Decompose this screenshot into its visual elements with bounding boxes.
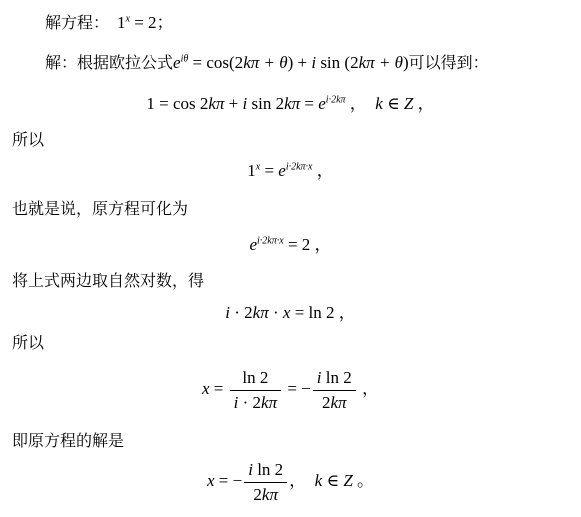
math-token: = 2 ， bbox=[284, 235, 332, 254]
math-token: + bbox=[224, 94, 242, 113]
math-token: ln 2 bbox=[253, 460, 283, 479]
math-token: ∈ bbox=[383, 94, 404, 113]
math-token: e bbox=[318, 94, 326, 113]
math-token: ， bbox=[313, 161, 334, 180]
math-token: = − bbox=[215, 471, 243, 490]
math-token: = bbox=[300, 94, 318, 113]
text-take-log: 将上式两边取自然对数，得 bbox=[12, 272, 204, 293]
fraction-numerator: ln 2 bbox=[230, 368, 281, 391]
math-token: 。 bbox=[353, 471, 374, 490]
math-token: (2 bbox=[229, 53, 243, 72]
math-superscript: i·2kπ bbox=[326, 94, 346, 105]
math-token: kπ + θ bbox=[243, 53, 287, 72]
solution-label: 解：根据欧拉公式 bbox=[45, 55, 173, 72]
math-token: sin 2 bbox=[247, 94, 284, 113]
fraction-denominator: 2kπ bbox=[244, 483, 287, 505]
math-token: ln 2 bbox=[242, 368, 268, 387]
math-superscript: i·2kπ·x bbox=[257, 235, 284, 246]
math-token: k bbox=[375, 94, 383, 113]
math-token: = cos bbox=[188, 53, 229, 72]
math-token: x bbox=[207, 471, 215, 490]
math-token: ∈ bbox=[322, 471, 343, 490]
paragraph-text: 所以 bbox=[12, 335, 44, 352]
text-suoyi-2: 所以 bbox=[12, 334, 44, 355]
problem-line: 解方程： 1x = 2； bbox=[45, 12, 174, 35]
text-suoyi-1: 所以 bbox=[12, 131, 44, 152]
math-token: · 2 bbox=[230, 303, 253, 322]
math-token: kπ + θ bbox=[359, 53, 403, 72]
math-document: 解方程： 1x = 2； 解：根据欧拉公式eiθ = cos(2kπ + θ) … bbox=[0, 0, 581, 517]
math-token: ， bbox=[346, 94, 376, 113]
math-token: ， bbox=[358, 379, 379, 398]
math-token: ， bbox=[289, 471, 315, 490]
equation-log-form: i · 2kπ · x = ln 2 ， bbox=[0, 302, 581, 324]
math-token: ， bbox=[413, 94, 434, 113]
math-token: 2 bbox=[253, 485, 262, 504]
math-token: kπ bbox=[284, 94, 300, 113]
math-token: = ln 2 ， bbox=[290, 303, 355, 322]
math-token: ln 2 bbox=[322, 368, 352, 387]
equation-exp-equals-2: ei·2kπ·x = 2 ， bbox=[0, 234, 581, 256]
math-token: ) + bbox=[288, 53, 312, 72]
spacer bbox=[109, 15, 117, 32]
math-token: 1 bbox=[247, 161, 256, 180]
math-token: = − bbox=[283, 379, 311, 398]
math-token: = bbox=[260, 161, 278, 180]
math-token: Z bbox=[343, 471, 352, 490]
problem-label: 解方程： bbox=[45, 15, 109, 32]
fraction-denominator: 2kπ bbox=[313, 391, 356, 413]
intro-suffix: 可以得到： bbox=[409, 55, 489, 72]
math-token: kπ bbox=[261, 393, 277, 412]
math-token: e bbox=[249, 235, 257, 254]
math-token: = bbox=[210, 379, 228, 398]
math-token: e bbox=[278, 161, 286, 180]
fraction: i ln 22kπ bbox=[244, 460, 287, 504]
paragraph-text: 即原方程的解是 bbox=[12, 433, 124, 450]
text-final-answer-intro: 即原方程的解是 bbox=[12, 432, 124, 453]
math-token: x bbox=[202, 379, 210, 398]
fraction-denominator: i · 2kπ bbox=[230, 391, 281, 413]
math-token: kπ bbox=[253, 303, 269, 322]
equation-final-answer: x = −i ln 22kπ， k ∈ Z 。 bbox=[0, 460, 581, 504]
math-token: = 2； bbox=[130, 13, 174, 32]
paragraph-text: 将上式两边取自然对数，得 bbox=[12, 273, 204, 290]
math-token: kπ bbox=[330, 393, 346, 412]
math-token: kπ bbox=[208, 94, 224, 113]
equation-one-power-x: 1x = ei·2kπ·x ， bbox=[0, 160, 581, 182]
math-token: Z bbox=[404, 94, 413, 113]
math-superscript: i·2kπ·x bbox=[286, 161, 313, 172]
math-token: · 2 bbox=[238, 393, 261, 412]
math-token: 1 = cos 2 bbox=[146, 94, 208, 113]
text-rewrite-intro: 也就是说，原方程可化为 bbox=[12, 200, 188, 221]
math-token: sin (2 bbox=[316, 53, 359, 72]
solution-intro-line: 解：根据欧拉公式eiθ = cos(2kπ + θ) + i sin (2kπ … bbox=[45, 52, 489, 75]
fraction: i ln 22kπ bbox=[313, 368, 356, 412]
paragraph-text: 所以 bbox=[12, 132, 44, 149]
fraction: ln 2i · 2kπ bbox=[230, 368, 281, 412]
equation-euler-identity: 1 = cos 2kπ + i sin 2kπ = ei·2kπ ， k ∈ Z… bbox=[0, 93, 581, 115]
equation-solve-x: x = ln 2i · 2kπ = −i ln 22kπ ， bbox=[0, 368, 581, 412]
paragraph-text: 也就是说，原方程可化为 bbox=[12, 201, 188, 218]
math-token: 1 bbox=[117, 13, 126, 32]
math-token: e bbox=[173, 53, 181, 72]
fraction-numerator: i ln 2 bbox=[313, 368, 356, 391]
math-token: kπ bbox=[262, 485, 278, 504]
math-token: · bbox=[269, 303, 283, 322]
fraction-numerator: i ln 2 bbox=[244, 460, 287, 483]
